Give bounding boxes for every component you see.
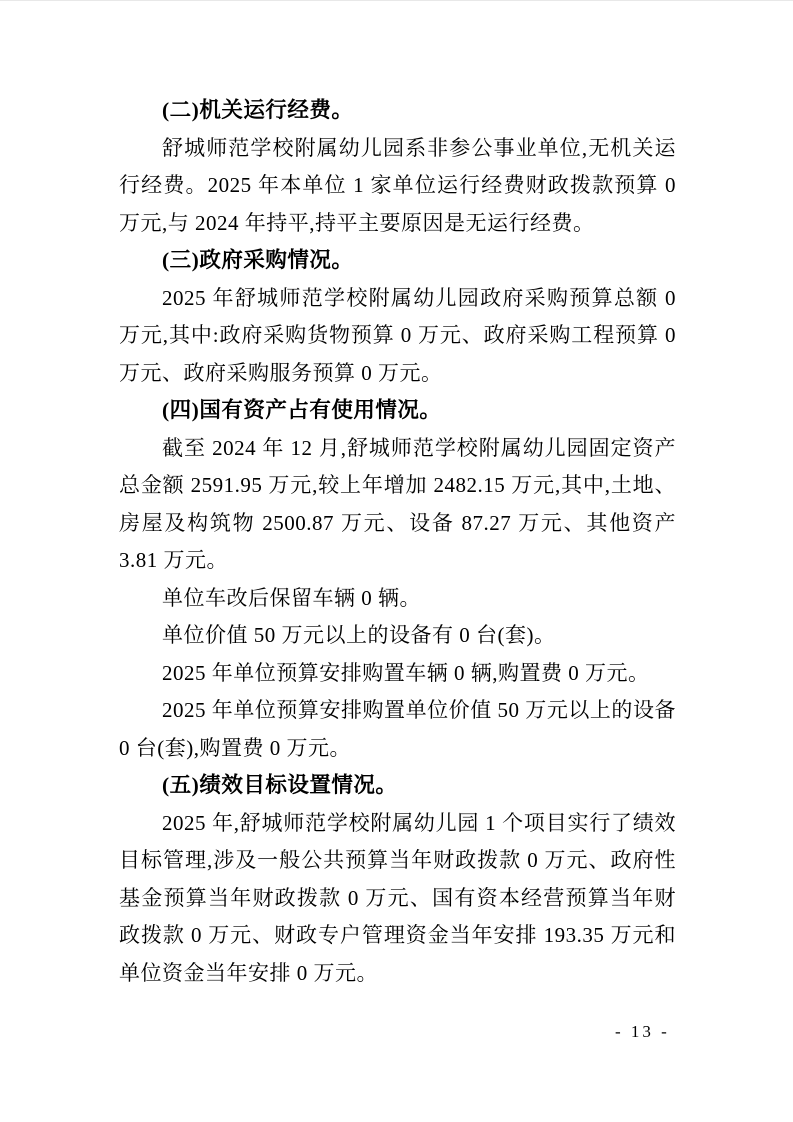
document-page: (二)机关运行经费。 舒城师范学校附属幼儿园系非参公事业单位,无机关运行经费。2… — [0, 0, 793, 1122]
paragraph-equipment-purchase-budget: 2025 年单位预算安排购置单位价值 50 万元以上的设备 0 台(套),购置费… — [119, 692, 676, 767]
paragraph-performance-targets: 2025 年,舒城师范学校附属幼儿园 1 个项目实行了绩效目标管理,涉及一般公共… — [119, 805, 676, 993]
section-heading-government-procurement: (三)政府采购情况。 — [119, 242, 676, 280]
paragraph-equipment-over-500k: 单位价值 50 万元以上的设备有 0 台(套)。 — [119, 617, 676, 655]
paragraph-fixed-assets-total: 截至 2024 年 12 月,舒城师范学校附属幼儿园固定资产总金额 2591.9… — [119, 430, 676, 580]
paragraph-retained-vehicles: 单位车改后保留车辆 0 辆。 — [119, 580, 676, 618]
section-heading-performance-targets: (五)绩效目标设置情况。 — [119, 767, 676, 805]
page-number: - 13 - — [615, 1020, 670, 1044]
paragraph-government-procurement: 2025 年舒城师范学校附属幼儿园政府采购预算总额 0 万元,其中:政府采购货物… — [119, 280, 676, 393]
paragraph-agency-operating-funds: 舒城师范学校附属幼儿园系非参公事业单位,无机关运行经费。2025 年本单位 1 … — [119, 130, 676, 243]
document-body: (二)机关运行经费。 舒城师范学校附属幼儿园系非参公事业单位,无机关运行经费。2… — [119, 92, 676, 992]
section-heading-agency-operating-funds: (二)机关运行经费。 — [119, 92, 676, 130]
paragraph-vehicle-purchase-budget: 2025 年单位预算安排购置车辆 0 辆,购置费 0 万元。 — [119, 655, 676, 693]
section-heading-state-owned-assets: (四)国有资产占有使用情况。 — [119, 392, 676, 430]
